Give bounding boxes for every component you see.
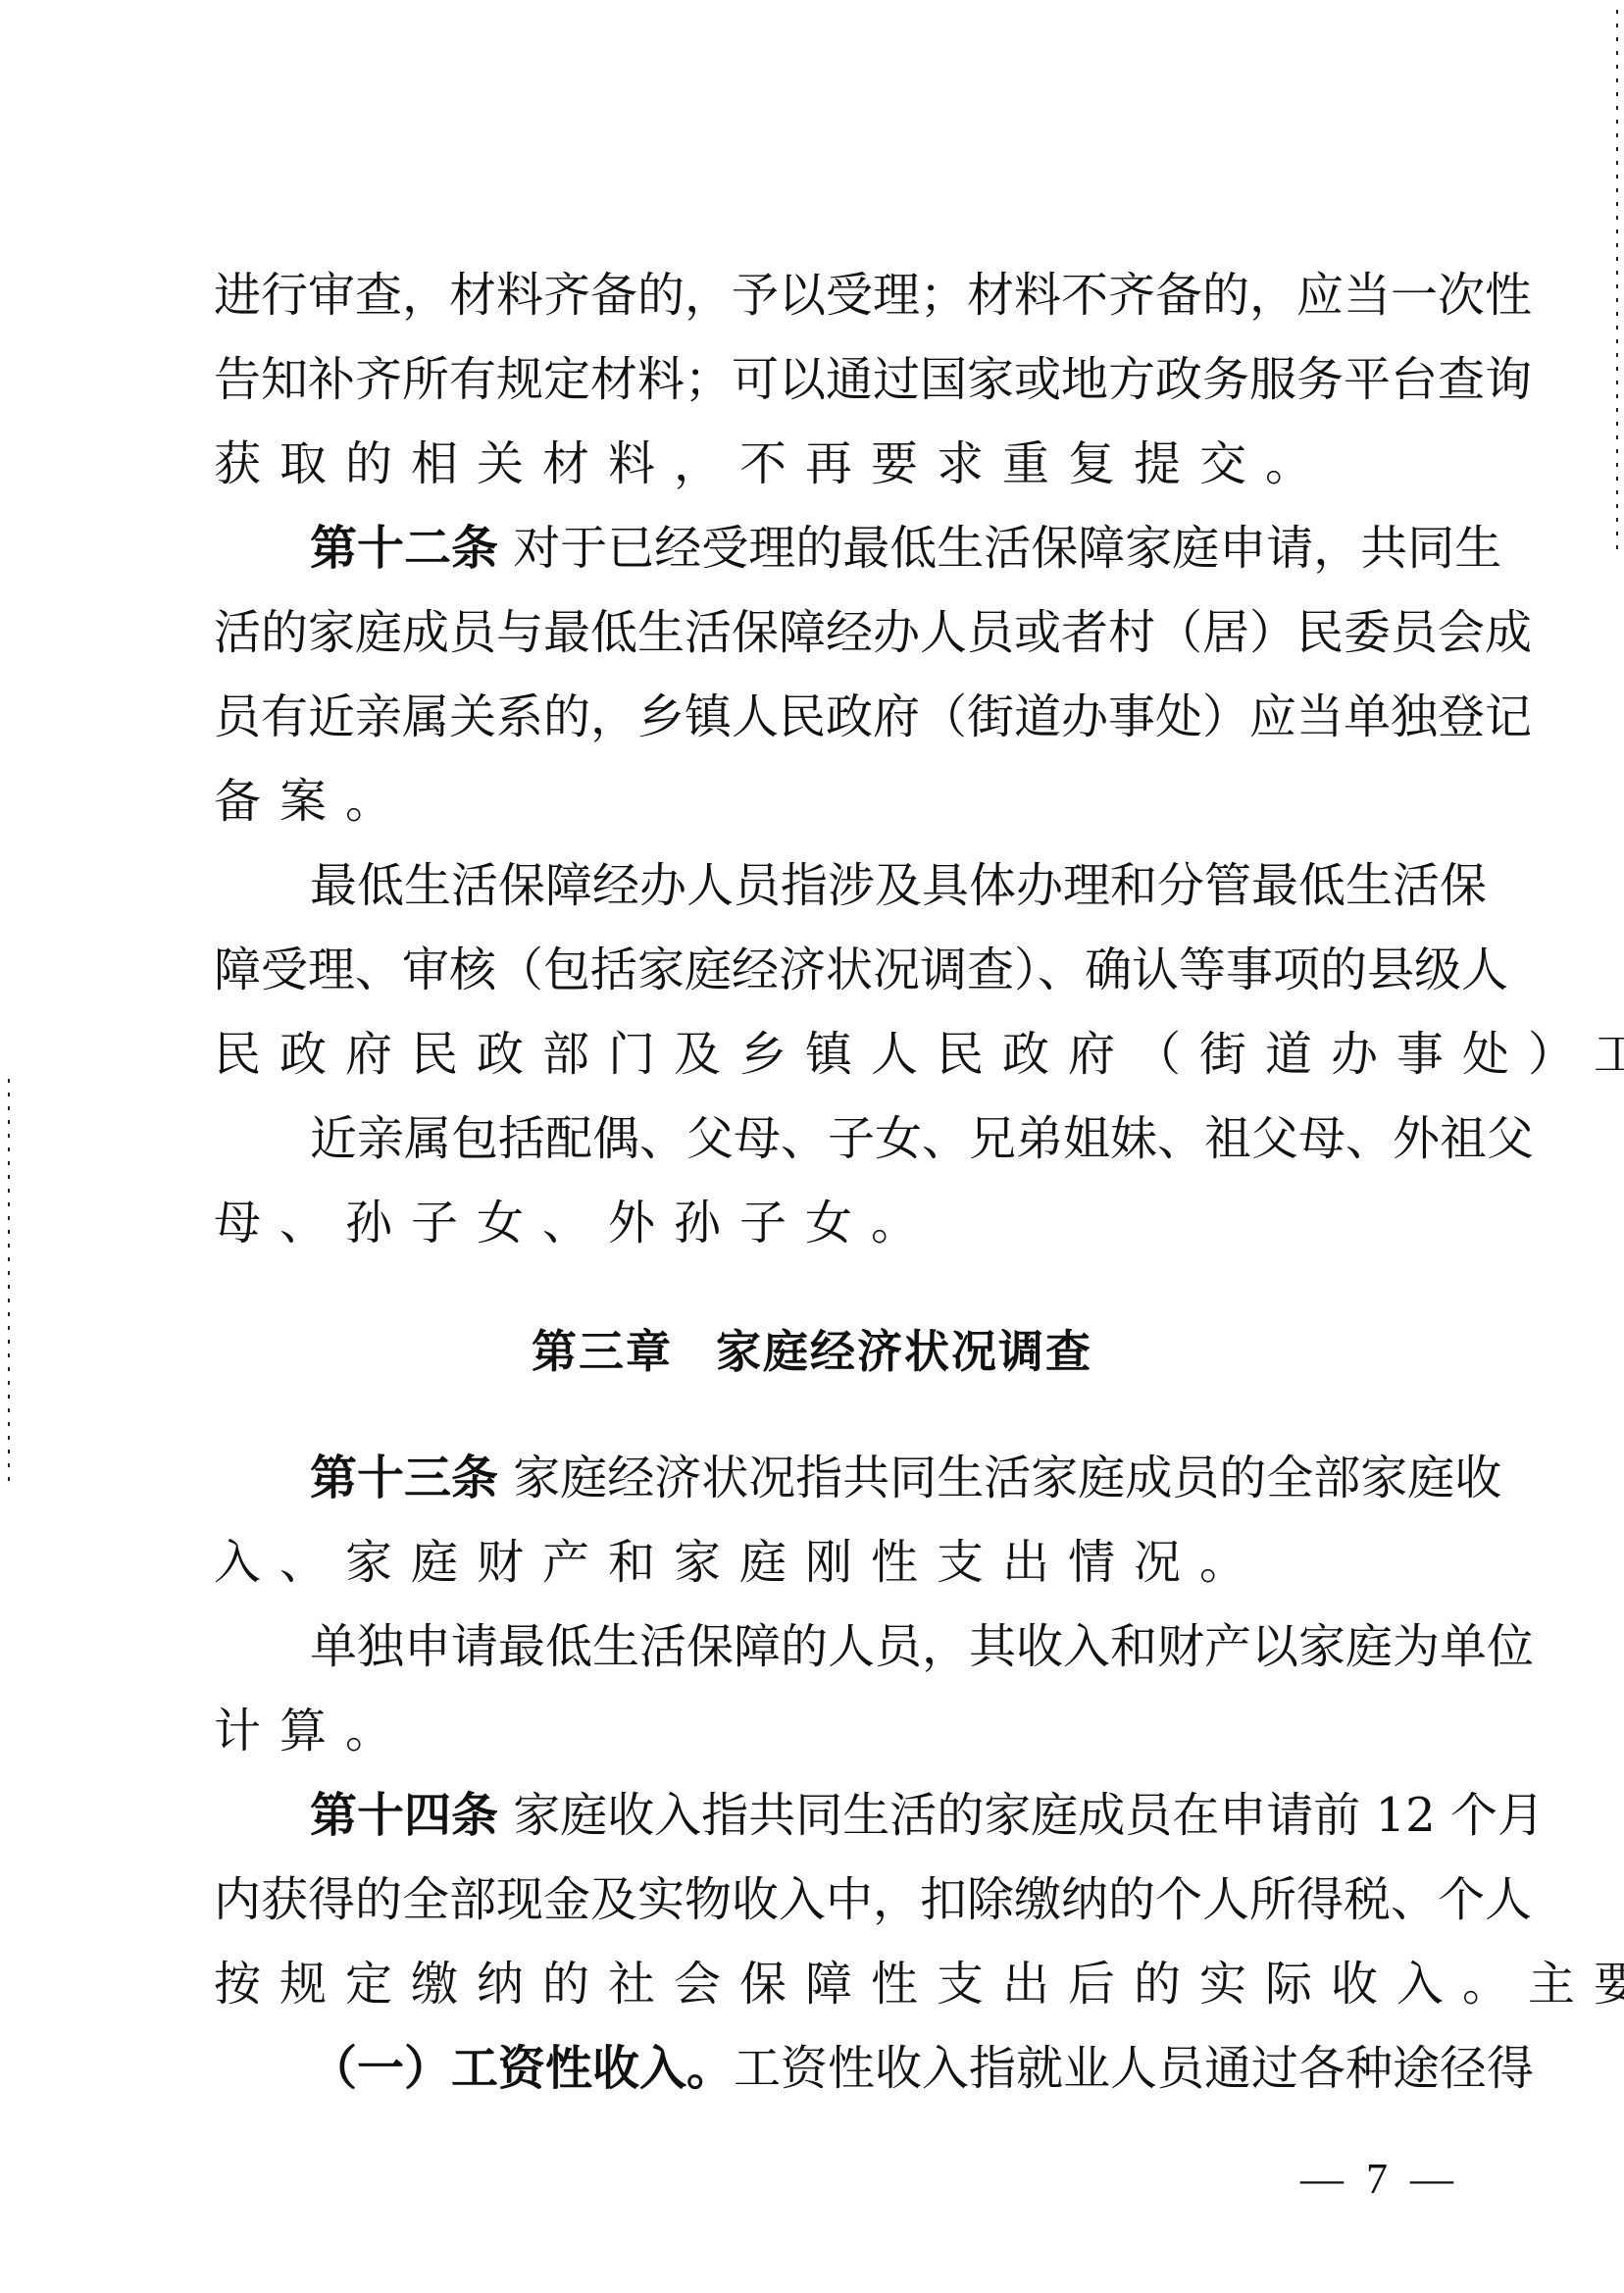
line-text: 单独申请最低生活保障的人员，其收入和财产以家庭为单位 bbox=[310, 1619, 1534, 1674]
line-text: 计算。 bbox=[214, 1704, 411, 1758]
line-text: 工资性收入指就业人员通过各种途径得 bbox=[734, 2041, 1534, 2096]
article-paragraph-line: （一）工资性收入。工资性收入指就业人员通过各种途径得 bbox=[214, 2026, 1422, 2111]
paragraph-line: 告知补齐所有规定材料；可以通过国家或地方政务服务平台查询 bbox=[214, 337, 1422, 422]
chapter-title: 家庭经济状况调查 bbox=[716, 1325, 1092, 1378]
paragraph-line: 员有近亲属关系的，乡镇人民政府（街道办事处）应当单独登记 bbox=[214, 675, 1422, 759]
line-text: 活的家庭成员与最低生活保障经办人员或者村（居）民委员会成 bbox=[214, 605, 1532, 660]
scan-edge-mark-left bbox=[8, 1079, 10, 1491]
chapter-heading: 第三章家庭经济状况调查 bbox=[0, 1316, 1624, 1381]
line-text: 近亲属包括配偶、父母、子女、兄弟姐妹、祖父母、外祖父 bbox=[310, 1111, 1534, 1166]
paragraph-line: 活的家庭成员与最低生活保障经办人员或者村（居）民委员会成 bbox=[214, 590, 1422, 675]
document-page: 进行审查，材料齐备的，予以受理；材料不齐备的，应当一次性告知补齐所有规定材料；可… bbox=[0, 0, 1624, 2293]
body-text-before-chapter: 进行审查，材料齐备的，予以受理；材料不齐备的，应当一次性告知补齐所有规定材料；可… bbox=[214, 253, 1422, 1265]
line-text: 员有近亲属关系的，乡镇人民政府（街道办事处）应当单独登记 bbox=[214, 689, 1532, 744]
line-text: 民政府民政部门及乡镇人民政府（街道办事处）工作人员。 bbox=[214, 1027, 1624, 1082]
paragraph-line: 母、孙子女、外孙子女。 bbox=[214, 1181, 1422, 1265]
article-paragraph-line: 第十三条 家庭经济状况指共同生活家庭成员的全部家庭收 bbox=[214, 1436, 1422, 1520]
article-label: （一）工资性收入。 bbox=[310, 2041, 734, 2096]
paragraph-line: 获取的相关材料，不再要求重复提交。 bbox=[214, 422, 1422, 506]
article-paragraph-line: 第十二条 对于已经受理的最低生活保障家庭申请，共同生 bbox=[214, 506, 1422, 590]
article-paragraph-line: 第十四条 家庭收入指共同生活的家庭成员在申请前 12 个月 bbox=[214, 1773, 1422, 1858]
line-text: 最低生活保障经办人员指涉及具体办理和分管最低生活保 bbox=[310, 858, 1487, 913]
paragraph-line: 按规定缴纳的社会保障性支出后的实际收入。主要包括： bbox=[214, 1942, 1422, 2026]
paragraph-line: 入、家庭财产和家庭刚性支出情况。 bbox=[214, 1520, 1422, 1605]
paragraph-line: 内获得的全部现金及实物收入中，扣除缴纳的个人所得税、个人 bbox=[214, 1858, 1422, 1942]
paragraph-line: 民政府民政部门及乡镇人民政府（街道办事处）工作人员。 bbox=[214, 1012, 1422, 1096]
line-text: 障受理、审核（包括家庭经济状况调查）、确认等事项的县级人 bbox=[214, 943, 1508, 997]
line-text: 备案。 bbox=[214, 774, 411, 829]
paragraph-line: 计算。 bbox=[214, 1689, 1422, 1773]
line-text: 家庭经济状况指共同生活家庭成员的全部家庭收 bbox=[498, 1451, 1501, 1505]
line-text: 进行审查，材料齐备的，予以受理；材料不齐备的，应当一次性 bbox=[214, 268, 1532, 323]
body-text-after-chapter: 第十三条 家庭经济状况指共同生活家庭成员的全部家庭收入、家庭财产和家庭刚性支出情… bbox=[214, 1436, 1422, 2111]
line-text: 内获得的全部现金及实物收入中，扣除缴纳的个人所得税、个人 bbox=[214, 1872, 1532, 1927]
paragraph-line: 进行审查，材料齐备的，予以受理；材料不齐备的，应当一次性 bbox=[214, 253, 1422, 337]
line-text: 母、孙子女、外孙子女。 bbox=[214, 1196, 937, 1250]
paragraph-line: 备案。 bbox=[214, 759, 1422, 843]
page-number: — 7 — bbox=[1300, 2154, 1459, 2204]
line-text: 获取的相关材料，不再要求重复提交。 bbox=[214, 436, 1331, 491]
paragraph-line: 障受理、审核（包括家庭经济状况调查）、确认等事项的县级人 bbox=[214, 928, 1422, 1012]
line-text: 入、家庭财产和家庭刚性支出情况。 bbox=[214, 1535, 1265, 1590]
line-text: 按规定缴纳的社会保障性支出后的实际收入。主要包括： bbox=[214, 1957, 1624, 2012]
paragraph-line: 单独申请最低生活保障的人员，其收入和财产以家庭为单位 bbox=[214, 1605, 1422, 1689]
article-label: 第十四条 bbox=[310, 1788, 498, 1843]
line-text: 对于已经受理的最低生活保障家庭申请，共同生 bbox=[498, 521, 1501, 576]
article-label: 第十三条 bbox=[310, 1451, 498, 1505]
article-label: 第十二条 bbox=[310, 521, 498, 576]
line-text: 家庭收入指共同生活的家庭成员在申请前 12 个月 bbox=[498, 1788, 1545, 1843]
paragraph-line: 近亲属包括配偶、父母、子女、兄弟姐妹、祖父母、外祖父 bbox=[214, 1096, 1422, 1181]
scan-edge-mark-right bbox=[1616, 10, 1618, 559]
paragraph-line: 最低生活保障经办人员指涉及具体办理和分管最低生活保 bbox=[214, 843, 1422, 928]
chapter-number: 第三章 bbox=[532, 1325, 673, 1378]
line-text: 告知补齐所有规定材料；可以通过国家或地方政务服务平台查询 bbox=[214, 352, 1532, 407]
